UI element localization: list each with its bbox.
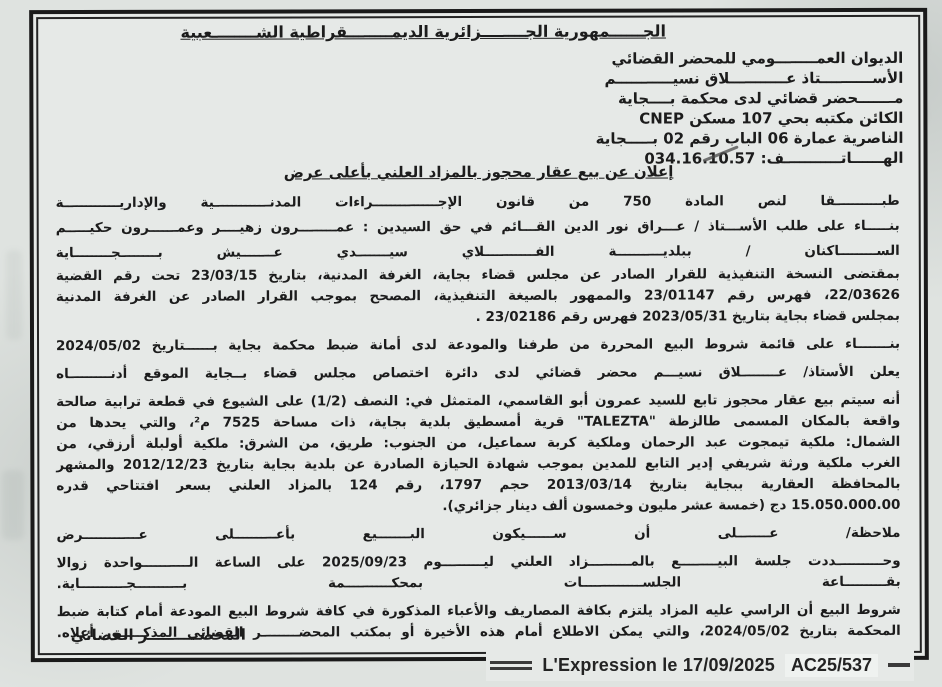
body-line: وحــــــــــددت جلسة البيــــــــع بالمـ… xyxy=(57,551,901,574)
notice-title: إعلان عن بيع عقار محجوز بالمزاد العلني ب… xyxy=(34,162,924,182)
body-line: ملاحظة/ عـــــــلى أن ســــــيكون البـــ… xyxy=(56,523,900,546)
notice-body: طبــــــــــقا لنص المادة 750 من قانون ا… xyxy=(56,189,901,644)
footer-rule-right xyxy=(888,663,910,667)
body-line: واقعة بالمكان المسمى طالزطة "TALEZTA" قر… xyxy=(56,411,900,434)
body-line: الشمال: ملكية تيمجوت عبد الرحمان وملكية … xyxy=(56,432,900,455)
body-line: الســــــــاكنان / ببلديــــــــــة الفـ… xyxy=(56,239,900,266)
office-line-bailiff-name: الأســــــــــتاذ عـــــــــــلاق نسيـــ… xyxy=(595,68,903,89)
announcement-reference: AC25/537 xyxy=(785,654,878,677)
footer-rule-left xyxy=(490,661,532,670)
body-line: بنـــــــاء على قائمة شروط البيع المحررة… xyxy=(56,334,900,357)
office-line-address-2: الناصرية عمارة 06 الباب رقم 02 بـــــجاي… xyxy=(596,128,904,149)
bleedthrough-smudge xyxy=(6,250,22,340)
bleedthrough-smudge xyxy=(2,470,24,540)
newspaper-footer: L'Expression le 17/09/2025 AC25/537 xyxy=(486,649,914,681)
body-line: طبــــــــــقا لنص المادة 750 من قانون ا… xyxy=(56,189,900,216)
body-line: 22/03626، فهرس رقم 23/01147 والممهور بال… xyxy=(56,285,900,308)
body-line: بالمحافظة العقارية ببجاية بتاريخ 2013/03… xyxy=(56,474,900,497)
body-line: بمقتضى النسخة التنفيذية للقرار الصادر عن… xyxy=(56,264,900,287)
body-line: شروط البيع أن الراسي عليه المزاد يلتزم ب… xyxy=(57,600,901,623)
office-line-address-1: الكائن مكتبه بحي 107 مسكن CNEP xyxy=(596,108,904,129)
republic-header: الجــــــمهورية الجــــــــزائرية الديمـ… xyxy=(33,21,813,42)
body-line: أنه سيتم بيع عقار محجوز تابع للسيد عمرون… xyxy=(56,390,900,413)
body-line: بمجلس قضاء بجاية بتاريخ 2023/05/31 فهرس … xyxy=(56,306,900,329)
body-line: الغرب ملكية ورثة شريفي إدير التابع للمدي… xyxy=(56,453,900,476)
bailiff-office-block: الديوان العمــــــــومي للمحضر القضائي ا… xyxy=(595,48,903,169)
office-line-function: مـــــــحضر قضائي لدى محكمة بــــجاية xyxy=(595,88,903,109)
body-line: 15.050.000.00 دج (خمسة عشر مليون وخمسون … xyxy=(56,495,900,518)
newspaper-name-date: L'Expression le 17/09/2025 xyxy=(542,655,775,676)
legal-notice-frame: الجــــــمهورية الجــــــــزائرية الديمـ… xyxy=(29,8,929,662)
body-line: يعلن الأستاذ/ عــــــــلاق نسيـــم محضر … xyxy=(56,362,900,385)
office-line-bureau: الديوان العمــــــــومي للمحضر القضائي xyxy=(595,48,903,69)
body-line: بقـــــــــاعة الجلســـــــــــــات بمحك… xyxy=(57,572,901,595)
bailiff-signature-label: المحضــــــــــر القضائي xyxy=(71,626,246,644)
body-line: بنـــــاء على طلب الأســـتاذ / عـــراق ن… xyxy=(56,214,900,241)
scanned-newspaper-page: { "doc": { "republic_header": "الجــــــ… xyxy=(0,0,942,687)
